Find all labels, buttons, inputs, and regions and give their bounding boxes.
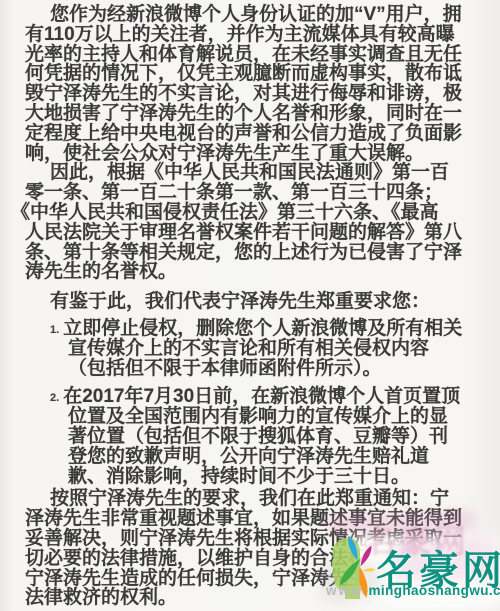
- minghao-watermark: 名豪网 名豪网 wwwminghaoshangwu.com: [320, 514, 500, 611]
- line-text: 人民法院关于审理名誉权案件若干问题的解答》第八: [25, 222, 462, 243]
- line-text: 因此，根据《中华人民共和国民法通则》第一百: [50, 162, 449, 183]
- text-line: 涛先生的名誉权。: [25, 262, 475, 282]
- line-text: 《中华人民共和国侵权责任法》第三十六条、《最高: [11, 202, 439, 223]
- line-text: 位置及全国范围内有影响力的宣传媒介上的显: [68, 406, 448, 427]
- line-text: 登您的致歉声明，公开向宁泽涛先生赔礼道: [68, 446, 429, 467]
- watermark-www-text: www: [326, 583, 364, 598]
- text-line: 有110万以上的关注者，并作为主流媒体具有较高曝: [25, 25, 475, 45]
- line-text: 立即停止侵权，删除您个人新浪微博及所有相关: [63, 318, 462, 339]
- text-line: 有鉴于此，我们代表宁泽涛先生郑重要求您：: [25, 292, 475, 312]
- text-line: （包括但不限于本律师函附件所示）。: [68, 359, 475, 379]
- line-text: 响，使社会公众对宁泽涛先生产生了重大误解。: [25, 143, 424, 164]
- list-item-number: 1.: [50, 324, 59, 336]
- line-text: 光率的主持人和体育解说员，在未经事实调查且无任: [25, 44, 462, 65]
- text-line: 著位置（包括但不限于搜狐体育、豆瓣等）刊: [68, 427, 475, 447]
- text-line: 零一条、第一百二十条第一款、第一百三十四条；: [25, 183, 475, 203]
- numbered-demand-item: 1.立即停止侵权，删除您个人新浪微博及所有相关宣传媒介上的不实言论和所有相关侵权…: [25, 319, 475, 378]
- text-line: 歉、消除影响，持续时间不少于三十日。: [68, 467, 475, 487]
- line-text: 宣传媒介上的不实言论和所有相关侵权内容: [68, 338, 429, 359]
- line-text: 条、第十条等相关规定，您的上述行为已侵害了宁泽: [25, 242, 462, 263]
- text-line: 响，使社会公众对宁泽涛先生产生了重大误解。: [25, 144, 475, 164]
- text-line: 何凭据的情况下，仅凭主观臆断而虚构事实，散布诋: [25, 64, 475, 84]
- text-line: 因此，根据《中华人民共和国民法通则》第一百: [25, 163, 475, 183]
- watermark-site-url-row: wwwminghaoshangwu.com: [326, 583, 500, 598]
- line-text: 歉、消除影响，持续时间不少于三十日。: [68, 466, 410, 487]
- list-item-number: 2.: [50, 392, 59, 404]
- text-line: 登您的致歉声明，公开向宁泽涛先生赔礼道: [68, 447, 475, 467]
- watermark-domain-text: minghaoshangwu.com: [369, 583, 500, 598]
- line-text: 您作为经新浪微博个人身份认证的加“V”用户，拥: [50, 4, 462, 25]
- line-text: 定程度上给中央电视台的声誉和公信力造成了负面影: [25, 123, 462, 144]
- text-line: 《中华人民共和国侵权责任法》第三十六条、《最高: [11, 203, 475, 223]
- line-text: 在2017年7月30日前，在新浪微博个人首页置顶: [63, 386, 460, 407]
- text-line: 大地损害了宁泽涛先生的个人名誉和形象，同时在一: [25, 104, 475, 124]
- text-line: 位置及全国范围内有影响力的宣传媒介上的显: [68, 407, 475, 427]
- text-line: 定程度上给中央电视台的声誉和公信力造成了负面影: [25, 124, 475, 144]
- line-text: 涛先生的名誉权。: [25, 261, 177, 282]
- line-text: 零一条、第一百二十条第一款、第一百三十四条；: [25, 182, 443, 203]
- numbered-demand-item: 2.在2017年7月30日前，在新浪微博个人首页置顶位置及全国范围内有影响力的宣…: [25, 387, 475, 486]
- text-line: 宣传媒介上的不实言论和所有相关侵权内容: [68, 339, 475, 359]
- letter-paragraph: 因此，根据《中华人民共和国民法通则》第一百零一条、第一百二十条第一款、第一百三十…: [25, 163, 475, 282]
- line-text: 大地损害了宁泽涛先生的个人名誉和形象，同时在一: [25, 103, 462, 124]
- text-line: 2.在2017年7月30日前，在新浪微博个人首页置顶: [50, 387, 475, 407]
- text-line: 人民法院关于审理名誉权案件若干问题的解答》第八: [25, 223, 475, 243]
- text-line: 光率的主持人和体育解说员，在未经事实调查且无任: [25, 45, 475, 65]
- text-line: 条、第十条等相关规定，您的上述行为已侵害了宁泽: [25, 243, 475, 263]
- text-line: 您作为经新浪微博个人身份认证的加“V”用户，拥: [25, 5, 475, 25]
- line-text: 何凭据的情况下，仅凭主观臆断而虚构事实，散布诋: [25, 63, 462, 84]
- line-text: 毁宁泽涛先生的不实言论，对其进行侮辱和诽谤，极: [25, 83, 462, 104]
- line-text: （包括但不限于本律师函附件所示）。: [68, 358, 382, 379]
- scanned-letter-page: 您作为经新浪微博个人身份认证的加“V”用户，拥有110万以上的关注者，并作为主流…: [0, 0, 500, 611]
- text-line: 按照宁泽涛先生的要求，我们在此郑重通知：宁: [25, 489, 475, 509]
- text-line: 1.立即停止侵权，删除您个人新浪微博及所有相关: [50, 319, 475, 339]
- line-text: 著位置（包括但不限于搜狐体育、豆瓣等）刊: [68, 426, 448, 447]
- line-text: 法律救济的权利。: [25, 587, 177, 608]
- line-text: 按照宁泽涛先生的要求，我们在此郑重通知：宁: [50, 488, 449, 509]
- letter-paragraph: 有鉴于此，我们代表宁泽涛先生郑重要求您：: [25, 292, 475, 312]
- line-text: 有鉴于此，我们代表宁泽涛先生郑重要求您：: [50, 291, 430, 312]
- text-line: 毁宁泽涛先生的不实言论，对其进行侮辱和诽谤，极: [25, 84, 475, 104]
- line-text: 有110万以上的关注者，并作为主流媒体具有较高曝: [25, 24, 455, 45]
- letter-paragraph: 您作为经新浪微博个人身份认证的加“V”用户，拥有110万以上的关注者，并作为主流…: [25, 5, 475, 163]
